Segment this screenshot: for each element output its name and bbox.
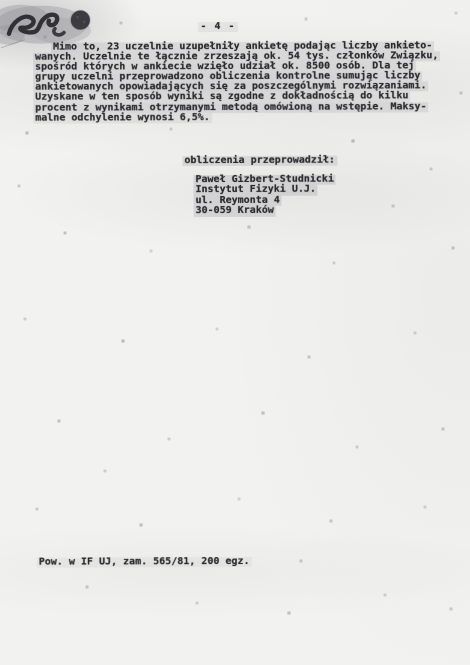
scanned-document-page: - 4 - Mimo to, 23 uczelnie uzupełniły an… (0, 0, 470, 665)
print-imprint-line: Pow. w IF UJ, zam. 565/81, 200 egz. (37, 557, 252, 568)
ink-dot-icon (71, 11, 90, 30)
page-number-text: - 4 - (198, 22, 237, 32)
print-imprint-text: Pow. w IF UJ, zam. 565/81, 200 egz. (37, 557, 252, 568)
credit-heading-text: obliczenia przeprowadził: (182, 156, 337, 167)
credit-city: 30-059 Kraków (194, 206, 276, 217)
page-number: - 4 - (187, 21, 249, 32)
body-paragraph: Mimo to, 23 uczelnie uzupełniły ankietę … (33, 41, 453, 123)
credit-address-block: Paweł Gizbert-Studnicki Instytut Fizyki … (193, 175, 336, 217)
credit-heading: obliczenia przeprowadził: (182, 156, 337, 167)
paragraph-line: malne odchylenie wynosi 6,5%. (33, 113, 212, 124)
